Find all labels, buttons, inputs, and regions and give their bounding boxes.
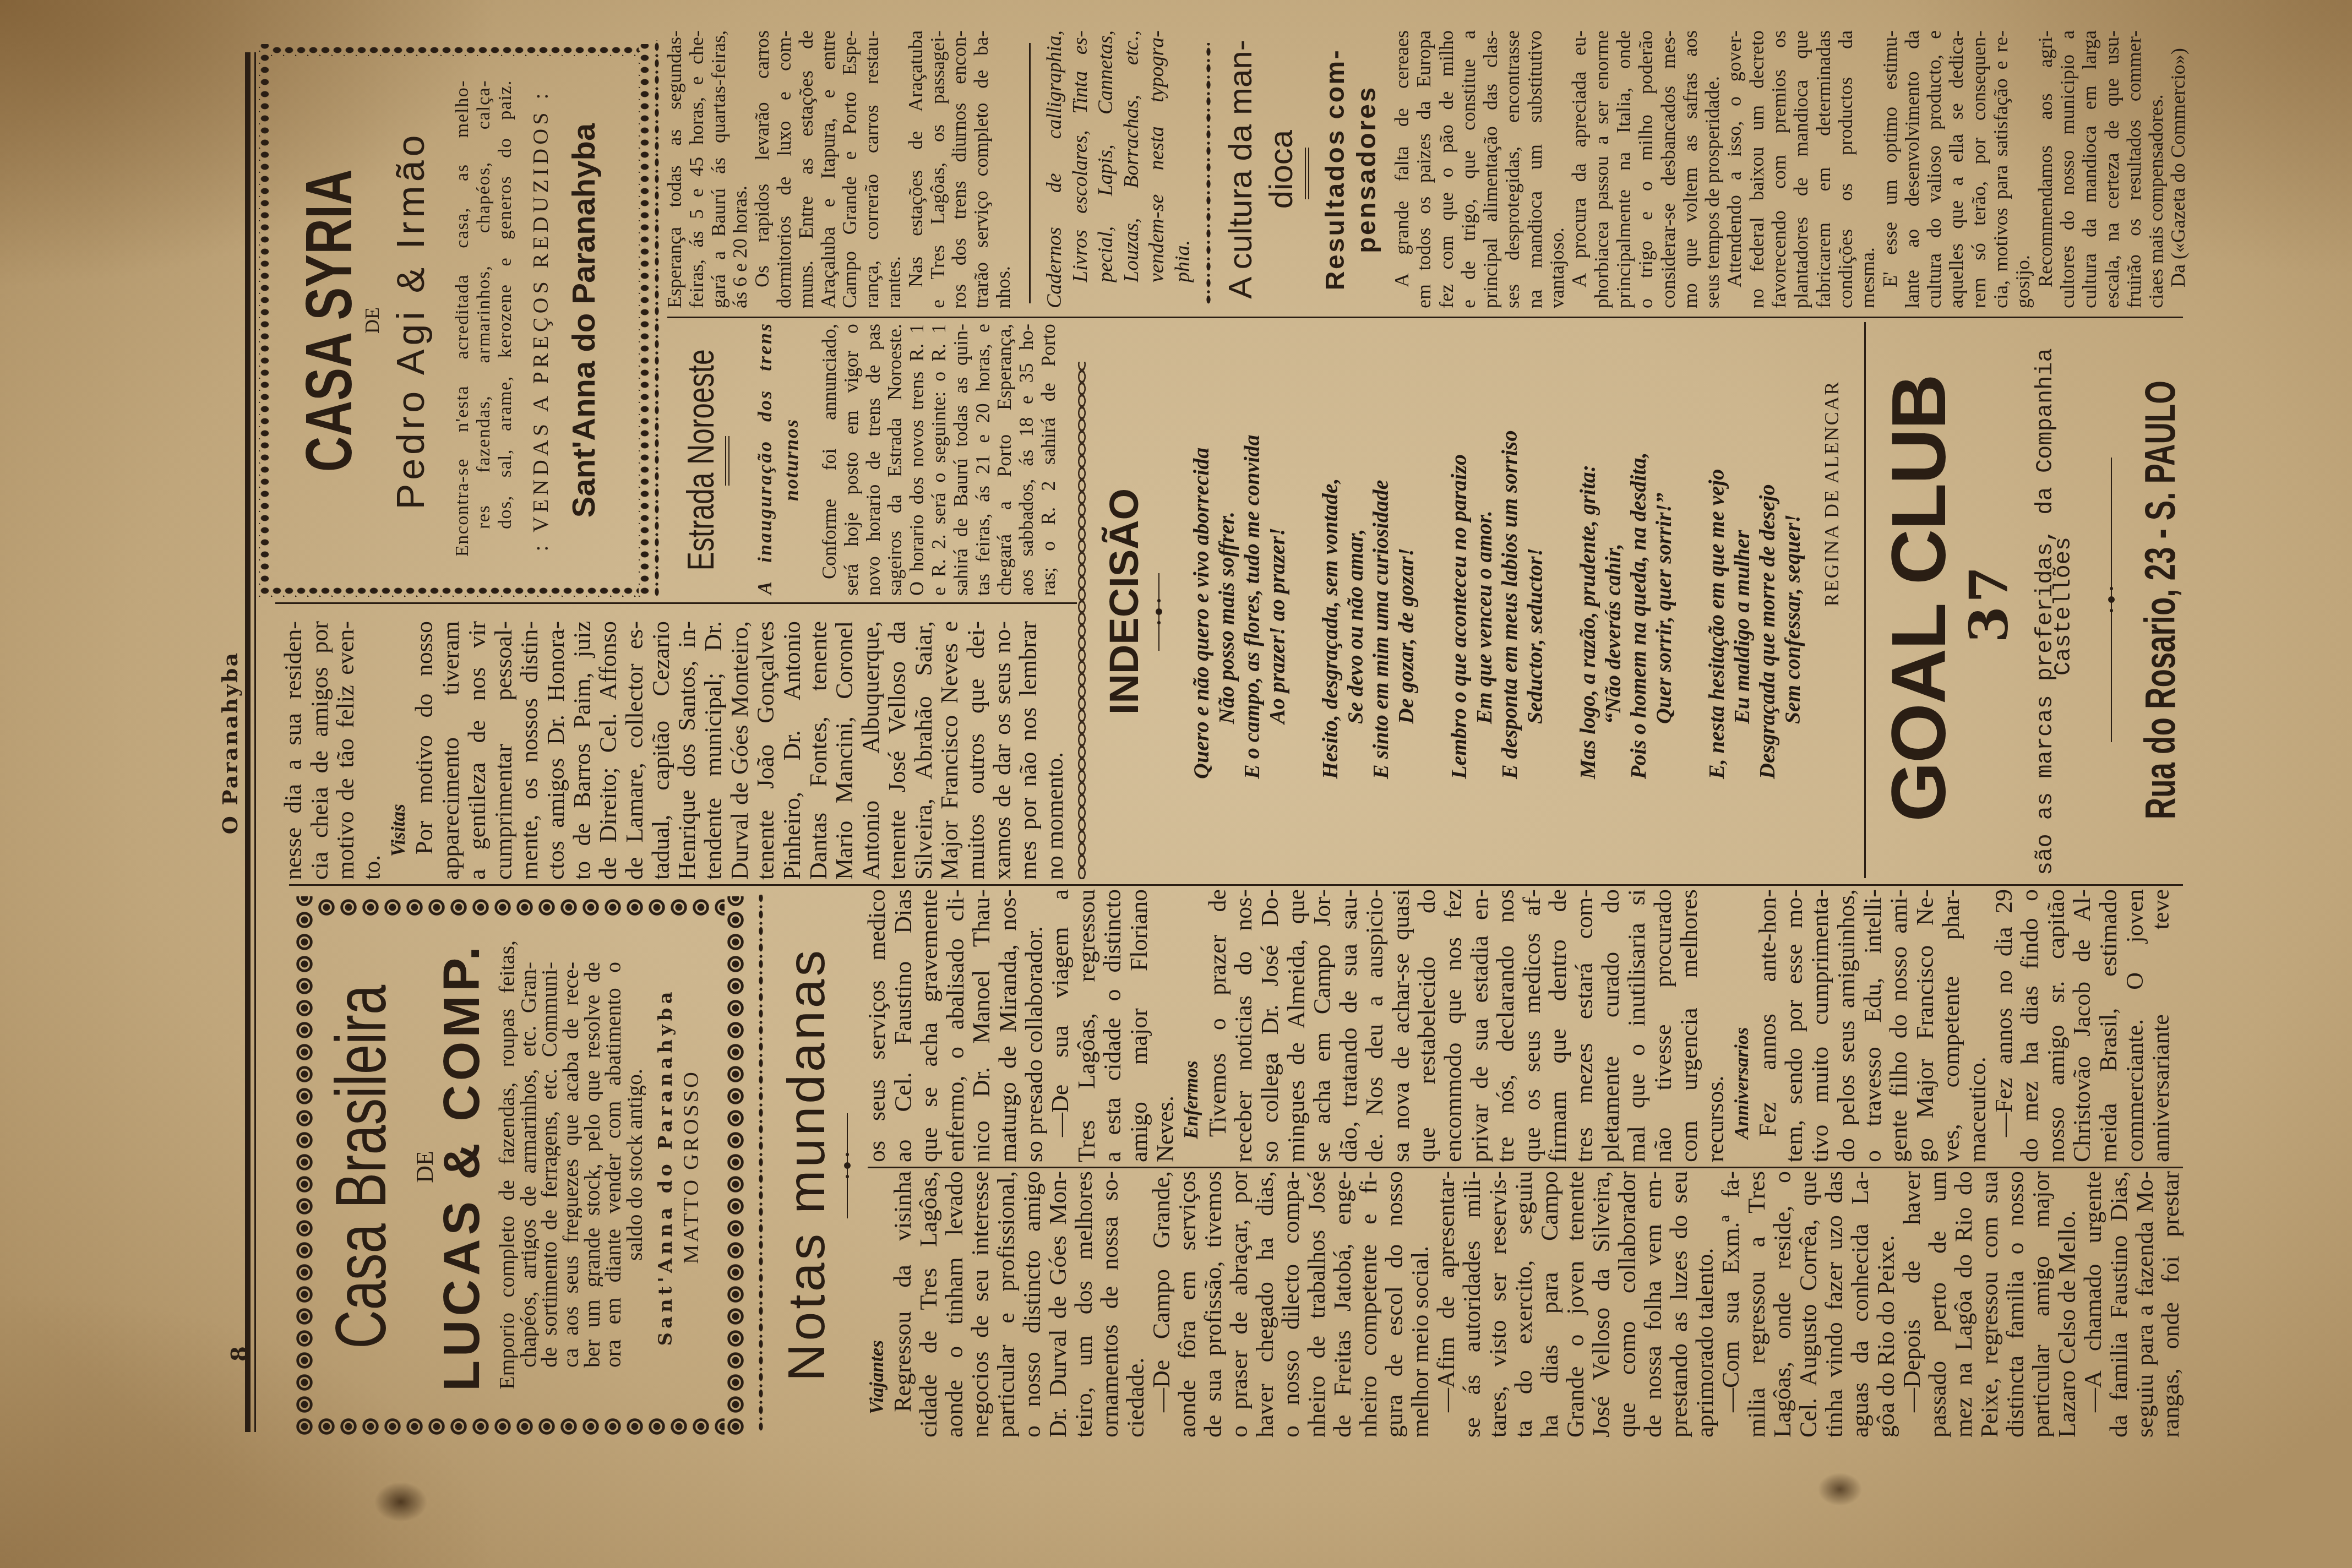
text-line: considerar-se desbancados mes- — [1657, 30, 1679, 308]
article-title-line: dioca — [1261, 30, 1302, 308]
text-line: Attendendo a isso, o gover- — [1723, 30, 1745, 308]
text-line: Não posso mais soffrer. — [1214, 339, 1239, 779]
text-line: Esperança todas as segundas- — [664, 30, 686, 308]
column-5-estrada-body: Esperança todas as segundas-feiras, ás 5… — [664, 30, 1015, 308]
text-line: phia. — [1170, 30, 1196, 282]
text-line: rem só terão, por consequen- — [1968, 30, 1990, 308]
article-title-estrada-noroeste: Estrada Noroeste — [682, 267, 720, 652]
text-line: E sinto em mim uma curiosidade — [1368, 339, 1393, 779]
column-separator — [667, 317, 2183, 318]
chain-divider — [1077, 362, 1087, 879]
paragraph: —A chamado urgenteda familia Faustino Di… — [2080, 1171, 2184, 1438]
text-line: dormitorios de luxo e com- — [774, 30, 796, 308]
text-line: —Com sua Exm.ª fa- — [1718, 1171, 1744, 1438]
text-line: que restabelecido do — [1414, 889, 1440, 1162]
text-line: mingues de Almeida, que — [1283, 889, 1310, 1162]
text-line: pecial, Lapis, Cannetas, — [1093, 30, 1119, 282]
text-line: Lembro o que aconteceu no paraizo — [1446, 339, 1472, 779]
text-line: A grande falta de cereaes — [1391, 30, 1413, 308]
paragraph: Encontra-se n'esta acreditada casa, as m… — [451, 80, 516, 557]
ad-goal-club-address: Rua do Rosario, 23 - S. PAULO — [2142, 242, 2177, 958]
text-line: a esta cidade o distincto — [1099, 889, 1126, 1162]
text-line: res fazendas, armarinhos, chapéos, calça… — [473, 80, 494, 529]
text-line: gente filho do nosso ami- — [1886, 889, 1912, 1162]
text-line: ses desprotegidas, encontrasse — [1501, 30, 1523, 308]
text-line: tenente João Gonçalves — [753, 621, 779, 880]
text-line: xamos de dar os seus no- — [989, 621, 1016, 880]
text-line: na mandioca um substitutivo — [1524, 30, 1546, 308]
text-line: encommodo que nos fez — [1440, 889, 1467, 1162]
ad-goal-club-number: 37 — [1967, 548, 2011, 658]
ornament-divider — [2108, 458, 2115, 742]
text-line: Mario Mancini, Coronel — [831, 621, 858, 880]
text-line: se acha em Campo Jor- — [1309, 889, 1336, 1162]
text-line: Desgraçada que morre de desejo — [1755, 339, 1780, 779]
text-line: particular e profissional, — [993, 1171, 1019, 1438]
text-line: Lazaro Celso de Mello. — [2054, 1171, 2080, 1438]
newspaper-page: 8 O Paranahyba Casa Brasileira DE LUCAS … — [176, 0, 2202, 1453]
ad-location: Sant'Anna do Paranahyba — [567, 44, 602, 597]
article-subtitle-line-1: A inauguração dos trens — [752, 322, 777, 595]
column-2-notas: os seus serviços medicoao Cel. Faustino … — [864, 889, 2174, 1162]
text-line: Grande o joven tenente — [1562, 1171, 1588, 1438]
text-line: o nosso dilecto compa- — [1278, 1171, 1304, 1438]
text-line: Fez annos ante-hon- — [1755, 889, 1781, 1162]
text-line: gará a Baurú ás quartas-feiras, — [708, 30, 730, 308]
text-line: José Velloso da Silveira, — [1588, 1171, 1614, 1438]
paragraph: Cadernos de calligraphia,Livros escolare… — [1042, 30, 1196, 308]
poem-verses: Quero e não quero e vivo aborrecidaNão p… — [1189, 339, 1805, 779]
dotted-divider — [654, 40, 660, 597]
text-line: Hesito, desgraçada, sem vontade, — [1317, 339, 1343, 779]
text-line: de Freitas Jatobá, enge- — [1330, 1171, 1355, 1438]
text-line: ás 6 e 20 horas. — [729, 30, 752, 308]
text-line: Encontra-se n'esta acreditada casa, as m… — [451, 80, 473, 557]
text-line: sahirá de Baurú todas as quin- — [950, 324, 972, 596]
text-line: rança, correrão carros restau- — [861, 30, 883, 308]
text-line: ornamentos de nossa so- — [1097, 1171, 1123, 1438]
text-line: Cel. Augusto Corrêa, que — [1795, 1171, 1821, 1438]
text-line: condições os productos da — [1834, 30, 1856, 308]
text-line: particular amigo major — [2028, 1171, 2054, 1438]
text-line: ao Cel. Faustino Dias — [890, 889, 917, 1162]
double-rule — [725, 436, 729, 486]
text-line: aquelles que a ella se dedica- — [1945, 30, 1967, 308]
text-line: —A chamado urgente — [2080, 1171, 2106, 1438]
ornament-divider — [1155, 573, 1163, 651]
text-line: tendente municipal; Dr. — [700, 621, 727, 880]
text-line: gosijo. — [2012, 30, 2034, 308]
stanza: Hesito, desgraçada, sem vontade,Se devo … — [1317, 339, 1419, 779]
text-line: to de Barros Paim, juiz — [569, 621, 596, 880]
article-title-mandioca: A cultura da man- dioca — [1220, 30, 1302, 308]
dotted-divider — [758, 895, 764, 1431]
text-line: E o campo, as flores, tudo me convida — [1239, 339, 1265, 779]
text-line: ber um grande stock, pelo que resolve de — [582, 962, 603, 1368]
text-line: Durval de Góes Monteiro, — [727, 621, 753, 880]
text-line: Araçaluba e Itapura, e entre — [818, 30, 840, 308]
text-line: Major Francisco Neves e — [937, 621, 963, 880]
text-line: nheiro de trabalhos José — [1304, 1171, 1330, 1438]
ad-address-text: Rua do Rosario, 23 - S. PAULO — [2142, 381, 2177, 820]
text-line: nesse dia a sua residen- — [280, 621, 307, 880]
text-line: de Direito; Cel. Affonso — [595, 621, 622, 880]
text-line: e R. 2. será o seguinte: o R. 1 — [928, 324, 950, 596]
text-line: cia, motivos para satisfação e re- — [1990, 30, 2012, 308]
text-line: Christovão Jacob de Al- — [2069, 889, 2095, 1162]
stanza: Quero e não quero e vivo aborrecidaNão p… — [1189, 339, 1290, 779]
text-line: favorecendo com premios os — [1768, 30, 1790, 308]
column-5-mandioca-body: A grande falta de cereaesem todos os pai… — [1391, 30, 2190, 308]
section-subheading: Anniversarios — [1729, 889, 1755, 1162]
ad-casa-brasileira: Casa Brasileira DE LUCAS & COMP. Emporio… — [293, 896, 747, 1438]
stanza: Mas logo, a razão, prudente, grita:“Não … — [1575, 339, 1676, 779]
ornamental-border — [639, 44, 651, 597]
text-line: Conforme foi annunciado, — [819, 324, 841, 596]
ad-firm-name: Pedro Agi & Irmão — [389, 44, 433, 597]
paragraph: Conforme foi annunciado,será hoje posto … — [819, 324, 1060, 596]
text-line: ciedade. — [1123, 1171, 1148, 1438]
text-line: Silveira, Abrahão Saiar, — [911, 621, 937, 880]
text-line: e Tres Lagôas, os passagei- — [927, 30, 949, 308]
text-line: Neves. — [1152, 889, 1179, 1162]
text-line: Os rapidos levarão carros — [752, 30, 774, 308]
text-line: Tres Lagôas, regressou — [1074, 889, 1100, 1162]
text-line: tivo muito cumprimenta- — [1807, 889, 1833, 1162]
ad-goal-club-company: Castellões — [2054, 537, 2073, 676]
text-line: “Não deverás cahir, — [1600, 339, 1626, 779]
ad-de-label: DE — [362, 44, 382, 597]
text-line: ras; o R. 2 sahirá de Porto — [1038, 324, 1060, 596]
text-line: Em que venceu o amor. — [1472, 339, 1497, 779]
paragraph: Esperança todas as segundas-feiras, ás 5… — [664, 30, 752, 308]
ad-tagline: : VENDAS A PREÇOS REDUZIDOS : — [529, 44, 553, 597]
text-line: Louzas, Borrachas, etc., — [1119, 30, 1145, 282]
text-line: O horario dos novos trens R. 1 — [906, 324, 928, 596]
text-line: chapéos, artigos de armarinhos, etc. Gra… — [518, 962, 540, 1368]
column-separator — [275, 602, 1077, 604]
text-line: Recommendamos aos agri- — [2034, 30, 2056, 308]
paragraph: nesse dia a sua residen-cia cheia de ami… — [280, 621, 385, 880]
text-line: —De sua viagem a — [1047, 889, 1074, 1162]
paragraph: A grande falta de cereaesem todos os pai… — [1391, 30, 1568, 308]
text-line: saldo do stock antigo. — [624, 962, 646, 1368]
text-line: Dr. Durval de Góes Mon- — [1045, 1171, 1071, 1438]
ad-title-text: Casa Brasileira — [325, 985, 396, 1349]
ad-top-rule — [1864, 322, 1866, 878]
text-line: trarão serviço completo de ba- — [971, 30, 993, 308]
text-line: mal que o inutilisaria si — [1624, 889, 1650, 1162]
text-line: o travesso Edu, intelli- — [1860, 889, 1886, 1162]
text-line: Mas logo, a razão, prudente, grita: — [1575, 339, 1600, 779]
stanza: E, nesta hesitação em que me vejoEu mald… — [1704, 339, 1805, 779]
text-line: apparecimento tiveram — [438, 621, 464, 880]
text-line: o trigo e o milho poderão — [1635, 30, 1657, 308]
text-line: tares, visto ser reservis- — [1485, 1171, 1511, 1438]
text-line: E, nesta hesitação em que me vejo — [1704, 339, 1729, 779]
ad-location: Sant'Anna do Paranahyba — [655, 896, 677, 1438]
text-line: do mez ha dias findo o — [2017, 889, 2043, 1162]
text-line: distincta familia o nosso — [2002, 1171, 2028, 1438]
text-line: da familia Faustino Dias, — [2106, 1171, 2132, 1438]
text-line: motivo de tão feliz even- — [333, 621, 359, 880]
text-line: tem, sendo por esse mo- — [1781, 889, 1807, 1162]
text-line: ros dos trens diurnos encon- — [949, 30, 971, 308]
text-line: ctos amigos Dr. Honora- — [543, 621, 569, 880]
column-1-notas: ViajantesRegressou da visinhacidade de T… — [864, 1171, 2184, 1438]
masthead-rule-thin — [254, 52, 256, 1432]
ornament-divider — [843, 1113, 851, 1218]
text-line: ora em diante vender com abatimento o — [603, 962, 624, 1368]
text-line: prestando as luzes do seu — [1666, 1171, 1692, 1438]
text-line: o praser de abraçar, por — [1226, 1171, 1252, 1438]
text-line: e de trigo, que constitue a — [1457, 30, 1479, 308]
ad-body-text: Encontra-se n'esta acreditada casa, as m… — [451, 80, 516, 557]
article-subtitle-mandioca: Resultados com- pensadores — [1320, 30, 1382, 308]
text-line: cultura da mandioca em larga — [2078, 30, 2100, 308]
text-line: —Depois de haver — [1899, 1171, 1925, 1438]
text-line: se ás autoridades mili- — [1459, 1171, 1485, 1438]
text-line: Sem confessar, sequer! — [1780, 339, 1805, 779]
text-line: rantes. — [883, 30, 905, 308]
ad-typographia: Cadernos de calligraphia,Livros escolare… — [1042, 30, 1196, 308]
ad-body-text: Emporio completo de fazendas, roupas fei… — [497, 940, 646, 1390]
text-line: mente, os nossos distin- — [516, 621, 543, 880]
text-line: —De Campo Grande, — [1148, 1171, 1174, 1438]
text-line: Eu maldigo a mulher — [1729, 339, 1755, 779]
paragraph: E' esse um optimo estimu-lante ao desenv… — [1879, 30, 2034, 308]
text-line: de nossa folha vem em- — [1640, 1171, 1666, 1438]
text-line: mez na Lagôa do Rio do — [1951, 1171, 1977, 1438]
text-line: principalmente na Italia, onde — [1613, 30, 1635, 308]
text-line: so presado collaborador. — [1021, 889, 1048, 1162]
text-line: mes por não nos lembrar — [1015, 621, 1042, 880]
paragraph: Fez annos ante-hon-tem, sendo por esse m… — [1755, 889, 1990, 1162]
text-line: no federal baixou um decreto — [1746, 30, 1768, 308]
text-line: Henrique dos Santos, in- — [674, 621, 700, 880]
paragraph: Attendendo a isso, o gover-no federal ba… — [1723, 30, 1879, 308]
text-line: fez com que o pão de milho — [1435, 30, 1457, 308]
paragraph: A procura da apreciada eu-phorbiacea pas… — [1568, 30, 1723, 308]
text-line: A procura da apreciada eu- — [1568, 30, 1590, 308]
text-line: maturgo de Miranda, nos- — [995, 889, 1021, 1162]
text-line: aos sabbados, ás 18 e 35 ho- — [1016, 324, 1038, 596]
text-line: seguiu para a fazenda Mo- — [2132, 1171, 2158, 1438]
text-line: principal alimentação das clas- — [1479, 30, 1501, 308]
text-line: negocios de seu interesse — [967, 1171, 993, 1438]
text-line: aguas da conhecida La- — [1847, 1171, 1873, 1438]
text-line: lante ao desenvolvimento da — [1901, 30, 1923, 308]
text-line: aonde fôra em serviços — [1174, 1171, 1200, 1438]
text-line: E desponta em meus labios um sorriso — [1497, 339, 1522, 779]
text-line: do pelos seus amiguinhos, — [1833, 889, 1860, 1162]
text-line: cidade de Tres Lagôas, — [916, 1171, 941, 1438]
text-line: teiro, um dos melhores — [1071, 1171, 1097, 1438]
section-subheading: Visitas — [385, 621, 412, 880]
text-line: meida Brasil, estimado — [2095, 889, 2122, 1162]
text-line: so collega Dr. José Do- — [1257, 889, 1283, 1162]
dotted-divider — [1206, 43, 1211, 304]
text-line: a gentileza de nos vir — [464, 621, 491, 880]
ornamental-border — [725, 896, 747, 1438]
text-line: Ao prazer! ao prazer! — [1265, 339, 1290, 779]
stanza: Lembro o que aconteceu no paraizoEm que … — [1446, 339, 1548, 779]
text-line: mo que voltem as safras aos — [1679, 30, 1701, 308]
text-line: nheiro competente e fi- — [1355, 1171, 1381, 1438]
text-line: go Major Francisco Ne- — [1912, 889, 1939, 1162]
text-line: milia regressou a Tres — [1744, 1171, 1770, 1438]
text-line: os seus serviços medico — [864, 889, 890, 1162]
text-line: em todos os paizes da Europa — [1413, 30, 1435, 308]
text-line: dos, sal, arame, kerozene e generos do p… — [494, 80, 516, 529]
masthead-rule-thick — [245, 52, 251, 1432]
text-line: passado perto de um — [1925, 1171, 1951, 1438]
text-line: aonde o tinham levado — [941, 1171, 967, 1438]
text-line: sageiros da Estrada Noroeste. — [884, 324, 906, 596]
section-subheading: Enfermos — [1178, 889, 1205, 1162]
text-line: pletamente curado do — [1598, 889, 1624, 1162]
paragraph: os seus serviços medicoao Cel. Faustino … — [864, 889, 1047, 1162]
text-line: Por motivo do nosso — [411, 621, 438, 880]
article-title-line: A cultura da man- — [1220, 30, 1261, 308]
paragraph: Tivemos o prazer dereceber noticias do n… — [1205, 889, 1729, 1162]
text-line: o nosso distincto amigo — [1019, 1171, 1045, 1438]
text-line: privar de sua estadia en- — [1467, 889, 1493, 1162]
text-line: tenente José Velloso da — [884, 621, 911, 880]
text-line: de sortimento de ferragens, etc. Communi… — [539, 962, 560, 1368]
text-line: tres mezes estará com- — [1571, 889, 1598, 1162]
text-line: nhos. — [993, 30, 1015, 308]
text-line: de Lamare, collector es- — [622, 621, 648, 880]
paragraph: —De sua viagem aTres Lagôas, regressoua … — [1047, 889, 1178, 1162]
text-line: Regressou da visinha — [890, 1171, 916, 1438]
ornamental-border — [293, 896, 315, 1438]
ad-title: CASA SYRIA — [296, 44, 362, 597]
text-line: dão, tratando de sua sau- — [1336, 889, 1362, 1162]
text-line: Quer sorrir, quer sorrir!” — [1651, 339, 1676, 779]
column-4-estrada-body: Conforme foi annunciado,será hoje posto … — [819, 324, 1060, 596]
text-line: Campo Grande e Porto Espe- — [839, 30, 861, 308]
text-line: de. Nos deu a auspicio- — [1362, 889, 1388, 1162]
article-subtitle-line: Resultados com- — [1320, 30, 1351, 308]
paragraph: Por motivo do nossoapparecimento tiveram… — [411, 621, 1068, 880]
text-line: Pinheiro, Dr. Antonio — [779, 621, 805, 880]
text-line: será hoje posto em vigor o — [841, 324, 863, 596]
ad-casa-syria: CASA SYRIA DE Pedro Agi & Irmão Encontra… — [259, 44, 651, 597]
column-separator — [289, 884, 2183, 886]
paragraph: Regressou da visinhacidade de Tres Lagôa… — [890, 1171, 1148, 1438]
text-line: cia cheia de amigos por — [307, 621, 333, 880]
section-subheading: Viajantes — [864, 1171, 890, 1438]
text-line: ta do exercito, seguiu — [1511, 1171, 1537, 1438]
ad-title-text: CASA SYRIA — [296, 169, 362, 472]
text-line: vendem-se nesta typogra- — [1144, 30, 1170, 282]
text-line: que como collaborador — [1614, 1171, 1640, 1438]
ornamental-border — [259, 44, 271, 597]
text-line: amigo major Floriano — [1126, 889, 1152, 1162]
text-line: no momento. — [1042, 621, 1068, 880]
text-line: E' esse um optimo estimu- — [1879, 30, 1901, 308]
text-line: De gozar, de gozar! — [1393, 339, 1419, 779]
text-line: —Afim de apresentar- — [1433, 1171, 1459, 1438]
section-rule — [1029, 43, 1031, 303]
text-line: Cadernos de calligraphia, — [1042, 30, 1068, 308]
text-line: fabricarem em determinadas — [1812, 30, 1834, 308]
text-line: Antonio Albuquerque, — [858, 621, 884, 880]
text-line: ha dias para Campo — [1537, 1171, 1562, 1438]
text-line: escala, na certeza de que usu- — [2101, 30, 2123, 308]
text-line: tinha vindo fazer uzo das — [1821, 1171, 1847, 1438]
ad-firm-name: LUCAS & COMP. — [437, 896, 487, 1438]
column-separator — [868, 1167, 2183, 1168]
text-line: Lagôas, onde reside, o — [1770, 1171, 1795, 1438]
text-line: Emporio completo de fazendas, roupas fei… — [497, 940, 518, 1390]
ad-title: Casa Brasileira — [325, 896, 396, 1438]
text-line: firmam que dentro de — [1545, 889, 1571, 1162]
text-line: cumprimentar pessoal- — [491, 621, 517, 880]
text-line: tadual, capitão Cezario — [648, 621, 674, 880]
text-line: aprimorado talento. — [1692, 1171, 1718, 1438]
text-line: nico Dr. Manoel Thau- — [968, 889, 995, 1162]
text-line: haver chegado ha dias, — [1252, 1171, 1278, 1438]
text-line: Seductor, seductor! — [1522, 339, 1548, 779]
text-line: Dantas Fontes, tenente — [805, 621, 832, 880]
text-line: to. — [359, 621, 385, 880]
double-rule — [1305, 148, 1309, 199]
text-line: seus tempos de prosperidade. — [1701, 30, 1723, 308]
text-line: Se devo ou não amar, — [1343, 339, 1368, 779]
text-line: que os seus medicos af- — [1519, 889, 1545, 1162]
article-subtitle-line-2: noturnos — [778, 324, 804, 596]
article-title-text: Estrada Noroeste — [682, 349, 720, 570]
paragraph: —Afim de apresentar-se ás autoridades mi… — [1433, 1171, 1718, 1438]
text-line: nosso amigo sr. capitão — [2043, 889, 2070, 1162]
text-line: Quero e não quero e vivo aborrecida — [1189, 339, 1214, 779]
text-line: cultores do nosso municipio a — [2056, 30, 2078, 308]
text-line: gôa do Rio do Peixe. — [1873, 1171, 1899, 1438]
text-line: tas feiras, ás 21 e 20 horas, e — [972, 324, 994, 596]
text-line: receber noticias do nos- — [1231, 889, 1257, 1162]
text-line: Peixe, regressou com sua — [1977, 1171, 2002, 1438]
paragraph: —De Campo Grande,aonde fôra em serviçosd… — [1148, 1171, 1433, 1438]
text-line: muitos outros que dei- — [963, 621, 989, 880]
text-line: rangas, onde foi prestar — [2158, 1171, 2184, 1438]
text-line: com urgencia melhores — [1676, 889, 1702, 1162]
section-title-notas-mundanas: Notas mundanas — [779, 889, 834, 1440]
ad-goal-club-brand: GOAL CLUB — [1886, 323, 1952, 874]
column-3-visitas: nesse dia a sua residen-cia cheia de ami… — [280, 621, 1068, 880]
text-line: ves, competente phar- — [1938, 889, 1964, 1162]
text-line: sa nova de achar-se quasi — [1388, 889, 1414, 1162]
text-line: plantadores de mandioca que — [1790, 30, 1812, 308]
text-line: Nas estações de Araçatuba — [905, 30, 927, 308]
text-line: ca aos seus freguezes que acaba de rece- — [560, 962, 582, 1368]
text-line: Tivemos o prazer de — [1205, 889, 1231, 1162]
paragraph: Nas estações de Araçatubae Tres Lagôas, … — [905, 30, 1015, 308]
text-line: melhor meio social. — [1407, 1171, 1433, 1438]
text-line: tre nós, declarando nos — [1493, 889, 1519, 1162]
poem-title: INDECISÃO — [1102, 322, 1146, 881]
text-line: Livros escolares, Tinta es- — [1068, 30, 1093, 282]
text-line: chegará a Porto Esperança, — [994, 324, 1016, 596]
paragraph: Emporio completo de fazendas, roupas fei… — [497, 940, 646, 1390]
text-line: gura de escol do nosso — [1381, 1171, 1407, 1438]
paragraph: Os rapidos levarão carrosdormitorios de … — [752, 30, 905, 308]
text-line: cultura do valioso producto, e — [1923, 30, 1945, 308]
poem-author: REGINA DE ALENCAR — [1821, 380, 1843, 616]
masthead-title: O Paranahyba — [219, 633, 241, 853]
text-line: enfermo, o abalisado cli- — [943, 889, 969, 1162]
